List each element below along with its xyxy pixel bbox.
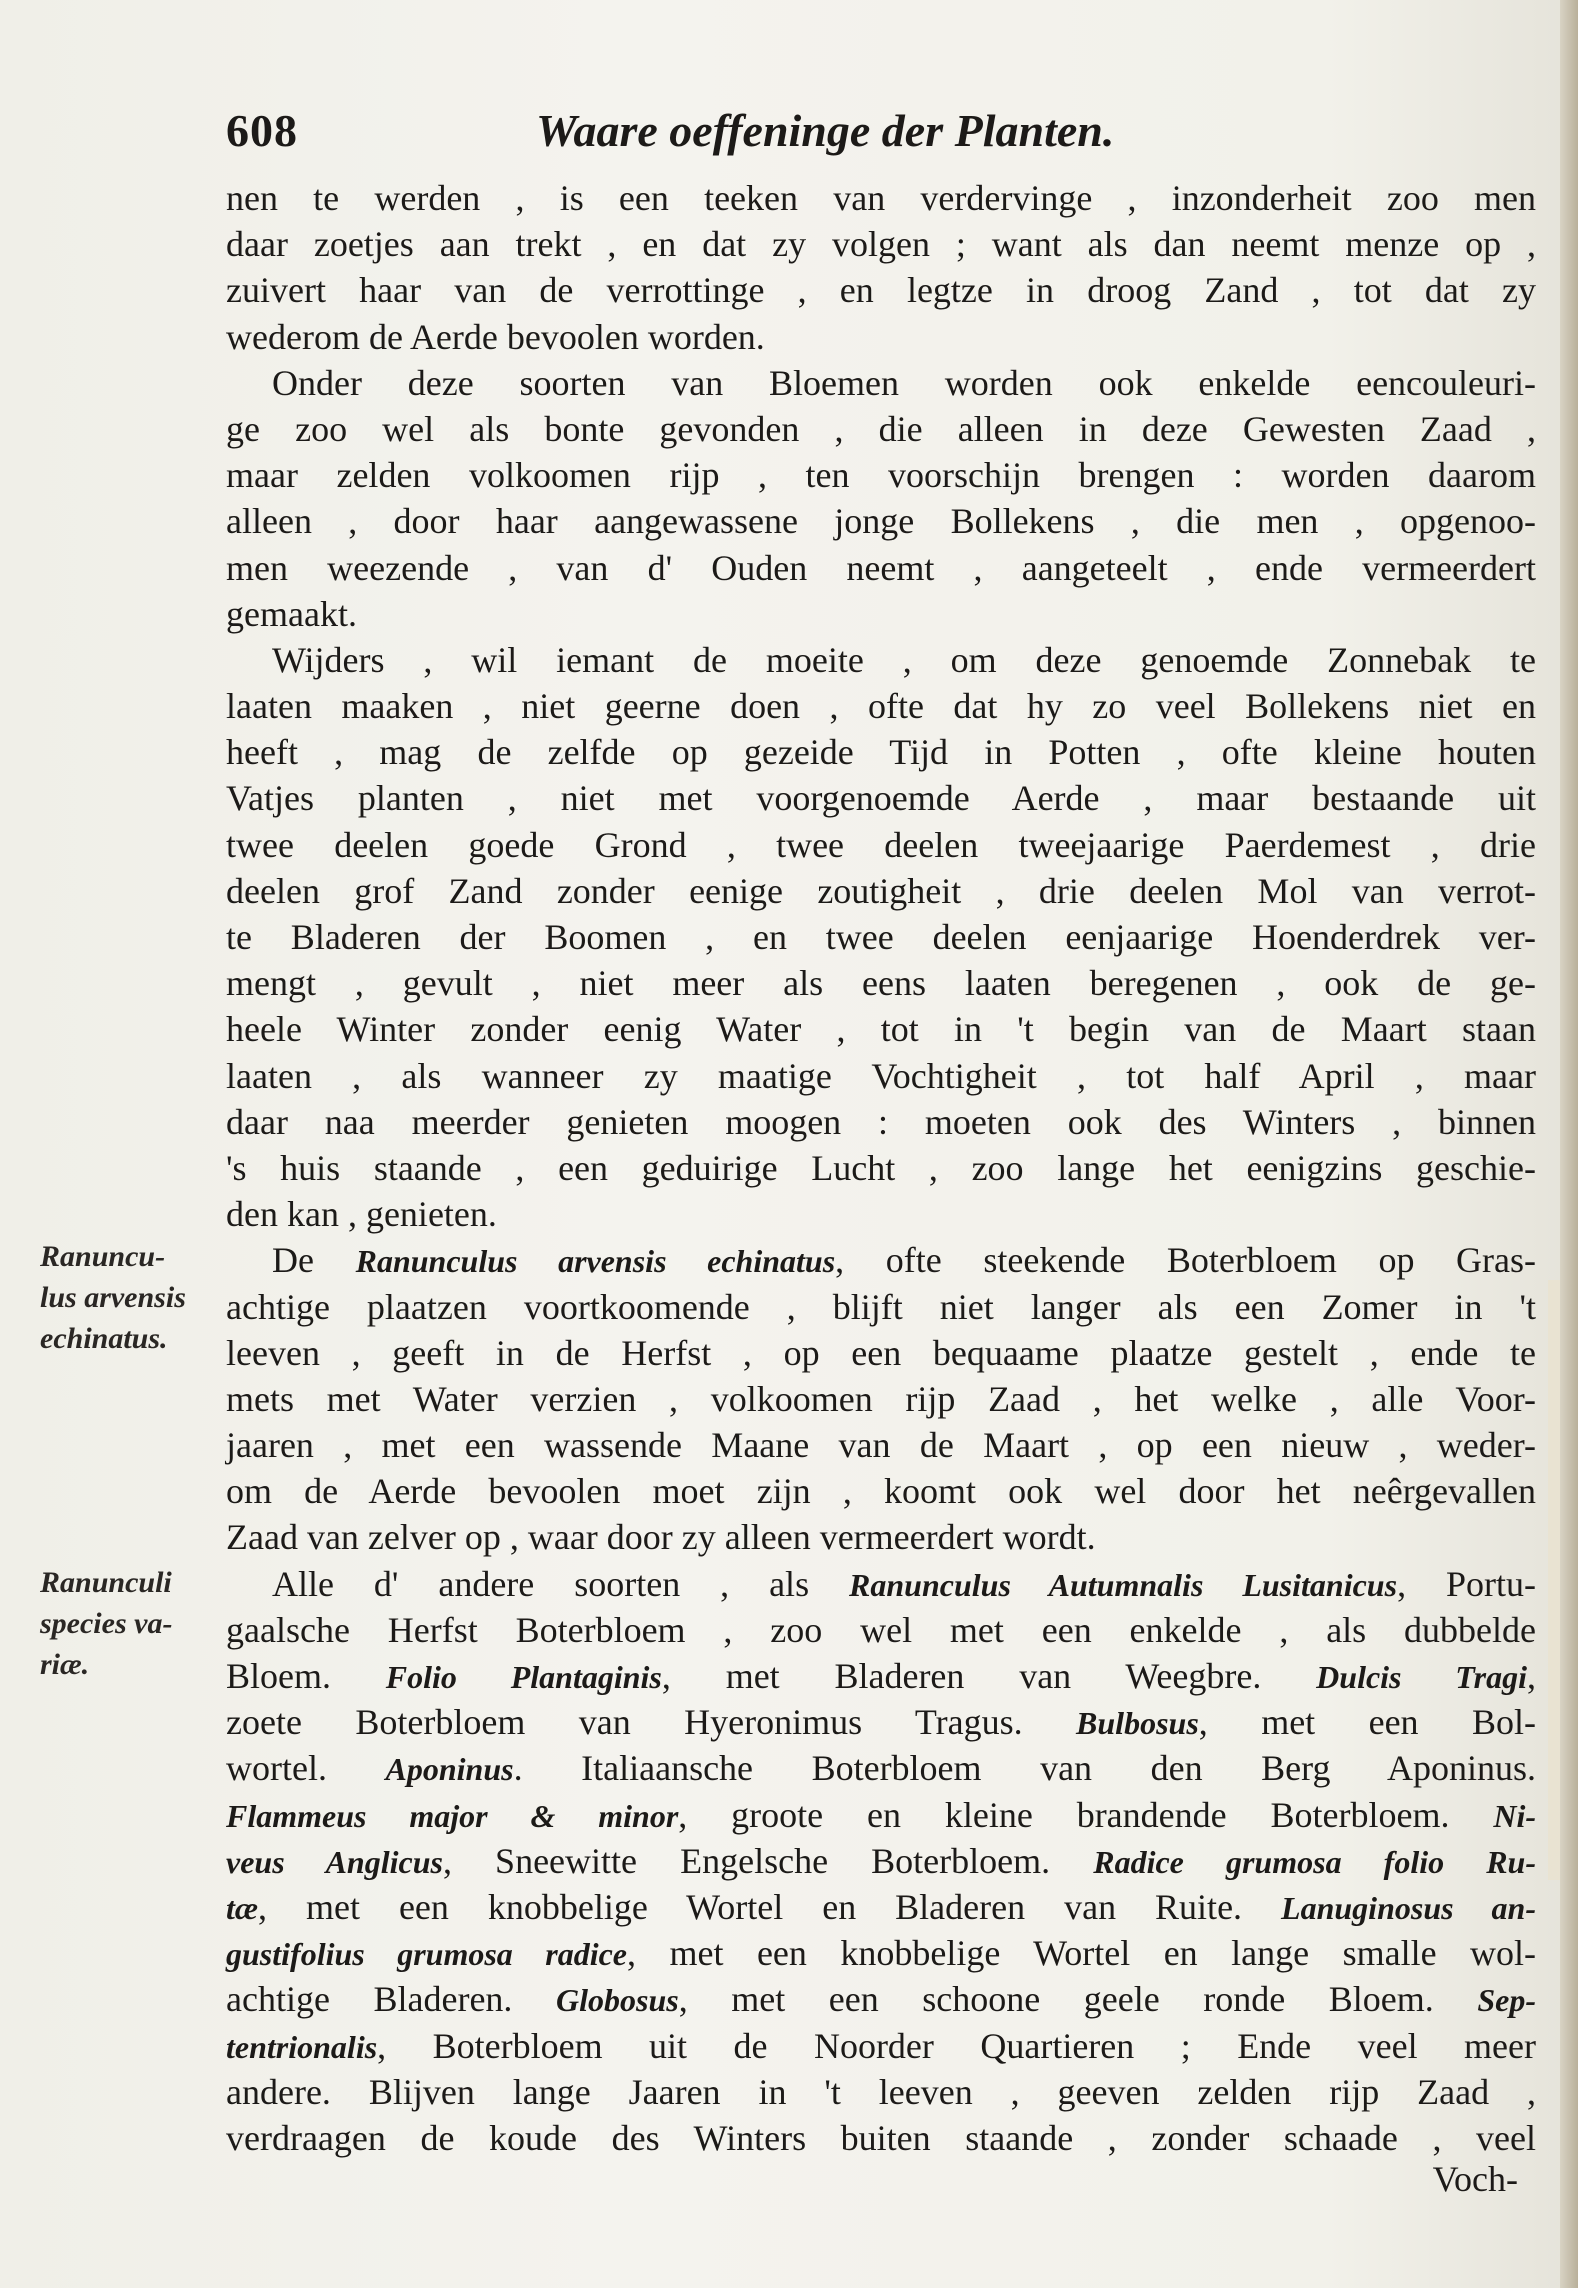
running-title: Waare oeffeninge der Planten.: [536, 104, 1114, 157]
text-line: gustifolius grumosa radice, met een knob…: [226, 1930, 1536, 1976]
margin-note-ranunculus-arvensis: Ranuncu- lus arvensis echinatus.: [40, 1236, 215, 1359]
text-line: Flammeus major & minor, groote en kleine…: [226, 1792, 1536, 1838]
paragraph: nen te werden , is een teeken van verder…: [226, 175, 1536, 360]
text-line: Alle d' andere soorten , als Ranunculus …: [226, 1561, 1536, 1607]
text-line: twee deelen goede Grond , twee deelen tw…: [226, 822, 1536, 868]
body-text: nen te werden , is een teeken van verder…: [226, 175, 1536, 2161]
margin-note-ranunculi-species: Ranunculi species va- riæ.: [40, 1562, 215, 1685]
text-line: ge zoo wel als bonte gevonden , die alle…: [226, 406, 1536, 452]
margin-note-line: Ranuncu-: [40, 1236, 215, 1277]
text-line: verdraagen de koude des Winters buiten s…: [226, 2115, 1536, 2161]
text-line: men weezende , van d' Ouden neemt , aang…: [226, 545, 1536, 591]
catchword: Voch-: [1433, 2158, 1518, 2200]
text-line: daar zoetjes aan trekt , en dat zy volge…: [226, 221, 1536, 267]
text-line: De Ranunculus arvensis echinatus, ofte s…: [226, 1237, 1536, 1283]
text-line: jaaren , met een wassende Maane van de M…: [226, 1422, 1536, 1468]
paragraph: Onder deze soorten van Bloemen worden oo…: [226, 360, 1536, 637]
text-line: heeft , mag de zelfde op gezeide Tijd in…: [226, 729, 1536, 775]
book-spine: [1560, 0, 1578, 2288]
page-number: 608: [226, 104, 298, 157]
text-line: Onder deze soorten van Bloemen worden oo…: [226, 360, 1536, 406]
latin-term: Aponinus: [386, 1751, 514, 1787]
latin-term: Sep-: [1477, 1982, 1536, 2018]
latin-term: Bulbosus: [1076, 1705, 1199, 1741]
latin-term: Dulcis Tragi: [1316, 1659, 1527, 1695]
text-line: Zaad van zelver op , waar door zy alleen…: [226, 1514, 1536, 1560]
margin-note-line: species va-: [40, 1603, 215, 1644]
text-line: gaalsche Herfst Boterbloem , zoo wel met…: [226, 1607, 1536, 1653]
text-line: laaten maaken , niet geerne doen , ofte …: [226, 683, 1536, 729]
latin-term: gustifolius grumosa radice: [226, 1936, 627, 1972]
text-line: wortel. Aponinus. Italiaansche Boterbloe…: [226, 1745, 1536, 1791]
text-line: mengt , gevult , niet meer als eens laat…: [226, 960, 1536, 1006]
latin-term: Ranunculus arvensis echinatus: [356, 1243, 836, 1279]
latin-term: tentrionalis: [226, 2029, 377, 2065]
latin-term: Ni-: [1493, 1798, 1536, 1834]
text-line: Vatjes planten , niet met voorgenoemde A…: [226, 775, 1536, 821]
latin-term: Lanuginosus an-: [1281, 1890, 1536, 1926]
text-line: zoete Boterbloem van Hyeronimus Tragus. …: [226, 1699, 1536, 1745]
paragraph: Alle d' andere soorten , als Ranunculus …: [226, 1561, 1536, 2161]
text-line: achtige Bladeren. Globosus, met een scho…: [226, 1976, 1536, 2022]
text-line: deelen grof Zand zonder eenige zoutighei…: [226, 868, 1536, 914]
text-line: achtige plaatzen voortkoomende , blijft …: [226, 1284, 1536, 1330]
text-line: den kan , genieten.: [226, 1191, 1536, 1237]
text-line: tentrionalis, Boterbloem uit de Noorder …: [226, 2023, 1536, 2069]
latin-term: Radice grumosa folio Ru-: [1093, 1844, 1536, 1880]
next-page-edge: [1548, 1280, 1560, 1880]
text-line: Wijders , wil iemant de moeite , om deze…: [226, 637, 1536, 683]
text-line: veus Anglicus, Sneewitte Engelsche Boter…: [226, 1838, 1536, 1884]
text-line: Bloem. Folio Plantaginis, met Bladeren v…: [226, 1653, 1536, 1699]
page-header: 608 Waare oeffeninge der Planten.: [226, 104, 1526, 168]
latin-term: tæ: [226, 1890, 258, 1926]
text-line: heele Winter zonder eenig Water , tot in…: [226, 1006, 1536, 1052]
text-line: mets met Water verzien , volkoomen rijp …: [226, 1376, 1536, 1422]
text-line: 's huis staande , een geduirige Lucht , …: [226, 1145, 1536, 1191]
text-line: zuivert haar van de verrottinge , en leg…: [226, 267, 1536, 313]
latin-term: veus Anglicus: [226, 1844, 443, 1880]
paragraph: Wijders , wil iemant de moeite , om deze…: [226, 637, 1536, 1237]
latin-term: Ranunculus Autumnalis Lusitanicus: [849, 1567, 1397, 1603]
latin-term: Flammeus major & minor: [226, 1798, 678, 1834]
text-line: alleen , door haar aangewassene jonge Bo…: [226, 498, 1536, 544]
text-line: daar naa meerder genieten moogen : moete…: [226, 1099, 1536, 1145]
margin-note-line: lus arvensis: [40, 1277, 215, 1318]
text-line: gemaakt.: [226, 591, 1536, 637]
text-line: te Bladeren der Boomen , en twee deelen …: [226, 914, 1536, 960]
margin-note-line: echinatus.: [40, 1318, 215, 1359]
text-line: leeven , geeft in de Herfst , op een beq…: [226, 1330, 1536, 1376]
paragraph: De Ranunculus arvensis echinatus, ofte s…: [226, 1237, 1536, 1560]
margin-note-line: riæ.: [40, 1644, 215, 1685]
latin-term: Globosus: [556, 1982, 679, 2018]
text-line: nen te werden , is een teeken van verder…: [226, 175, 1536, 221]
text-line: maar zelden volkoomen rijp , ten voorsch…: [226, 452, 1536, 498]
text-line: om de Aerde bevoolen moet zijn , koomt o…: [226, 1468, 1536, 1514]
margin-note-line: Ranunculi: [40, 1562, 215, 1603]
text-line: andere. Blijven lange Jaaren in 't leeve…: [226, 2069, 1536, 2115]
text-line: laaten , als wanneer zy maatige Vochtigh…: [226, 1053, 1536, 1099]
text-line: wederom de Aerde bevoolen worden.: [226, 314, 1536, 360]
text-line: tæ, met een knobbelige Wortel en Bladere…: [226, 1884, 1536, 1930]
latin-term: Folio Plantaginis: [386, 1659, 662, 1695]
